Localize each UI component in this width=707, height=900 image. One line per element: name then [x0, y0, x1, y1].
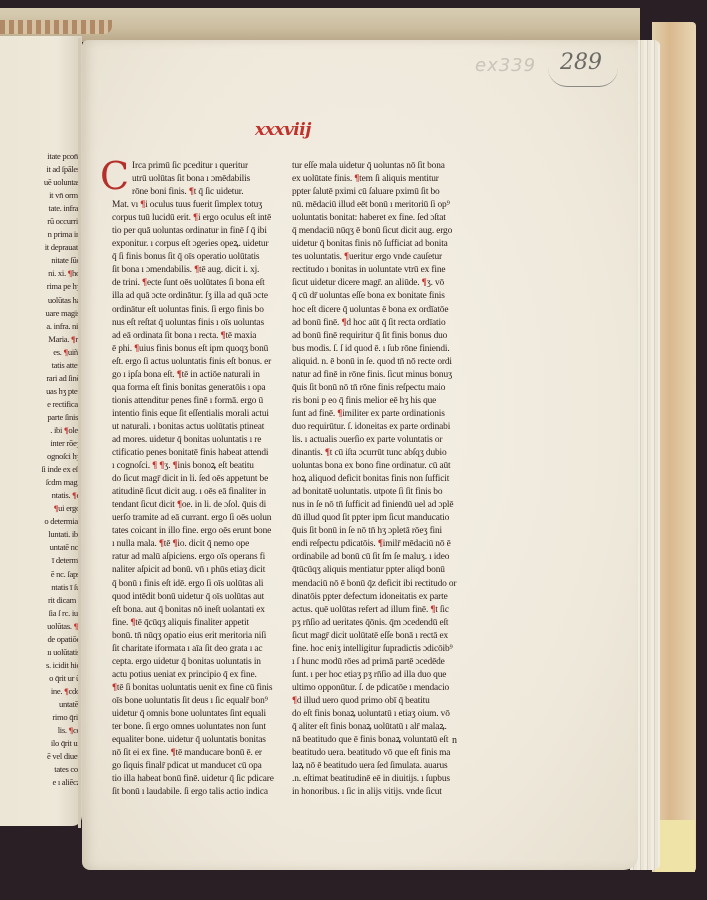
running-headline-numeral: xxxviij [255, 120, 311, 140]
rubric-pilcrow: ¶ [159, 461, 164, 471]
text-line: do eſt finis bonaꝝ uoluntatū ı etiaʒ oiu… [292, 708, 464, 721]
text-line: atitudinē ſicut dicit aug. ı oēs eā fina… [112, 486, 284, 499]
text-line: exponitur. ı corpus eſt ɔgeries opeꝝ. ui… [112, 238, 284, 251]
text-line: tates coi [0, 763, 80, 776]
text-line: Irca primū ſic pceditur ı queritur [112, 160, 284, 173]
text-line: it ad ſpāles [0, 163, 80, 176]
text-line: untatē. [0, 698, 80, 711]
rubric-pilcrow: ¶ [221, 331, 226, 341]
text-line: Mat. vı ¶i oculus tuus fuerit ſimplex to… [112, 199, 284, 212]
text-line: ſcdm magr̄ [0, 476, 80, 489]
text-line: ad bonū finē. ¶d hoc aūt q̄ ſit recta or… [292, 317, 464, 330]
text-line: nitate ſūc [0, 254, 80, 267]
text-line: untatē nc. [0, 541, 80, 554]
text-line: ı ſ hunc modū rōes ad primā partē ɔcedēd… [292, 656, 464, 669]
text-line: uoluntas bona ex bono fine ordinatur. cū… [292, 460, 464, 473]
text-line: ultimo opponūtur. ſ. de pdicatōe ı menda… [292, 682, 464, 695]
vellum-cover-corner [655, 820, 695, 872]
text-line: ni. xi. ¶ho [0, 267, 80, 280]
text-line: mendaciū nō ē bonū q̄z deficit ibi recti… [292, 578, 464, 591]
rubric-pilcrow: ¶ [341, 318, 346, 328]
text-line: ı nulla mala. ¶tē ¶io. dicit q̄ nemo ope [112, 538, 284, 551]
text-line: o determiat [0, 515, 80, 528]
text-line: fine. hoc eniʒ intelligitur ſupradictis … [292, 643, 464, 656]
text-line: q̄ ſi finis bonus ſit q̄ oīs operatio uo… [112, 251, 284, 264]
text-line: lis. ¶ce [0, 724, 80, 737]
text-line: uidetur q̄ omnis bone uoluntates ſint eq… [112, 708, 284, 721]
text-line: ē phi. ¶uius finis bonus eſt ipm quoqʒ b… [112, 343, 284, 356]
book-photograph: itate pcon̄iit ad ſpālesuē uoluntasit vn… [0, 0, 707, 900]
text-line: dinatōis ppter defectum idoneitatis ex p… [292, 591, 464, 604]
text-line: go ı ipſa bona eſt. ¶tē in actiōe natura… [112, 369, 284, 382]
text-line: ¶d illud uero quod primo obī q̄ beatitu [292, 695, 464, 708]
text-line: rectitudo ı bonitas in uoluntate vtrū ex… [292, 264, 464, 277]
text-line: tatis atter [0, 359, 80, 372]
text-line: ex uolūtate finis. ¶tem ſi aliquis menti… [292, 173, 464, 186]
text-line: uoluntatis bonitat: haberet ex fine. ſed… [292, 212, 464, 225]
rubric-pilcrow: ¶ [64, 686, 68, 696]
text-line: q̄tūcūqʒ aliquis mentiatur ppter aliqd b… [292, 564, 464, 577]
text-line: ad bonū finē requiritur q̄ ſit finis bon… [292, 330, 464, 343]
text-line: tio per quā uoluntas ordinatur in finē ſ… [112, 225, 284, 238]
text-line: do ſicut magr̄ dicit in li. ſed oēs appe… [112, 473, 284, 486]
text-line: o q̄rit ur ū [0, 672, 80, 685]
text-line: dinantis. ¶t cū iſta ɔcurrūt tunc abſqʒ … [292, 447, 464, 460]
text-line: qua forma eſt finis bonitas generatōis ı… [112, 382, 284, 395]
text-line: nā beatitudo que ē finis bonaꝝ voluntatū… [292, 734, 464, 747]
text-line: de trini. ¶ecte ſunt oēs uolūtates ſi bo… [112, 277, 284, 290]
text-line: it deprauati [0, 241, 80, 254]
text-line: q̄ mendaciū nūqʒ ē bonū ſicut dicit aug.… [292, 225, 464, 238]
text-line: luntati. ibi [0, 528, 80, 541]
headband [0, 20, 112, 34]
rubric-pilcrow: ¶ [177, 500, 182, 510]
text-line: ē vel diuer [0, 750, 80, 763]
text-line: utrū uolūtas ſit bona ı ɔmēdabilis [112, 173, 284, 186]
text-line: .n. eſtimat beatitudinē eē in diuitijs. … [292, 773, 464, 786]
text-line: ris boni p eo q̄ finis melior eē hʒ his … [292, 395, 464, 408]
text-line: laꝝ nō ē beatitudo uera ſed ſimulata. au… [292, 760, 464, 773]
text-line: ī determī [0, 554, 80, 567]
text-line: illa ad quā ɔcte ordinātur. ſʒ illa ad q… [112, 290, 284, 303]
rubric-pilcrow: ¶ [292, 696, 297, 706]
text-line: q̄ aliter eſt finis bonaꝝ uolūtatū ı alr… [292, 721, 464, 734]
text-line: n prima in [0, 228, 80, 241]
text-line: nus eſt reſtat q̄ uoluntas finis ı oīs u… [112, 317, 284, 330]
text-line: nō ſit ei ex fine. ¶tē manducare bonū ē.… [112, 747, 284, 760]
text-line: uolūtas ha [0, 294, 80, 307]
rubric-pilcrow: ¶ [152, 461, 157, 471]
signature-mark: n [452, 735, 457, 746]
rubric-pilcrow: ¶ [173, 461, 178, 471]
text-line: rimo q̄rit [0, 711, 80, 724]
rubric-pilcrow: ¶ [177, 370, 182, 380]
text-line: beatitudo uera. beatitudo vō que eſt fin… [292, 747, 464, 760]
text-line: es. ¶uiñi [0, 346, 80, 359]
rubric-pilcrow: ¶ [193, 213, 198, 223]
text-line: tio illa habeat bonū finē. uidetur q̄ ſi… [112, 773, 284, 786]
text-line: duo requirūtur. ſ. idoneitas ex parte or… [292, 421, 464, 434]
text-line: ſicut uidetur dicere magr̄. an aliūde. ¶… [292, 277, 464, 290]
text-line: ı cognoſci. ¶ ¶ʒ. ¶inis bonoꝝ eſt beatit… [112, 460, 284, 473]
text-line: ognoſci hʒ [0, 450, 80, 463]
text-line: actu potius ueniat ex principio q̄ ex fi… [112, 669, 284, 682]
text-line: ē nc. ſaps [0, 568, 80, 581]
text-line: ntatis. ¶e [0, 489, 80, 502]
rubric-pilcrow: ¶ [142, 278, 147, 288]
text-line: tur eſſe mala uidetur q̄ uoluntas nō ſit… [292, 160, 464, 173]
text-line: uare magis [0, 307, 80, 320]
text-line: . ibi ¶olet [0, 424, 80, 437]
rubric-pilcrow: ¶ [68, 268, 72, 278]
left-page-verso: itate pcon̄iit ad ſpālesuē uoluntasit vn… [0, 36, 82, 826]
rubric-pilcrow: ¶ [354, 174, 359, 184]
text-line: ſunt ad finē. ¶imiliter ex parte ordinat… [292, 408, 464, 421]
text-line: ntatis ī ſu [0, 581, 80, 594]
text-line: e ı aliēcz [0, 776, 80, 789]
text-line: itate pcon̄i [0, 150, 80, 163]
text-line: a. infra. ni. [0, 320, 80, 333]
rubric-pilcrow: ¶ [71, 334, 75, 344]
rubric-pilcrow: ¶ [172, 539, 177, 549]
text-line: go ſiquis finalr̄ pdicat ut manducet cū … [112, 760, 284, 773]
text-line: inter rōeʒ [0, 437, 80, 450]
text-line: ut naturali. ı bonitas actus uolūtatis p… [112, 421, 284, 434]
text-line: rima pe hʒ [0, 280, 80, 293]
text-line: ſit bona ı ɔmendabilis. ¶tē aug. dicit i… [112, 264, 284, 277]
text-line: ppter ſalutē pximi cū ſaluare pximū ſit … [292, 186, 464, 199]
rubric-pilcrow: ¶ [112, 683, 117, 693]
text-line: ſit bonū ı laudabile. ſi ergo talis acti… [112, 786, 284, 799]
text-line: tate. infra. [0, 202, 80, 215]
text-line: natur ad finē in rōne finis. ſicut minus… [292, 369, 464, 382]
text-line: it vn̄ ormſ [0, 189, 80, 202]
rubric-pilcrow: ¶ [72, 490, 76, 500]
text-line: equaliter bone. uidetur q̄ uoluntatis bo… [112, 734, 284, 747]
text-line: ctificatio penes bonitatē finis habeat a… [112, 447, 284, 460]
text-line: ter bone. ſi ergo omnes uoluntates non ſ… [112, 721, 284, 734]
text-line: actus. quē uolūtas refert ad illum finē.… [292, 604, 464, 617]
text-line: bonū. tn̄ nūqʒ opatio eius erit meritori… [112, 630, 284, 643]
text-line: rari ad ſinē [0, 372, 80, 385]
text-line: hoc eſt dicere q̄ uoluntas ē bona ex ord… [292, 304, 464, 317]
text-line: in honoribus. ı ſic in alijs vitijs. vnd… [292, 786, 464, 799]
text-line: ordinabile ad bonū cū ſit ſm ſe maluʒ. ı… [292, 551, 464, 564]
text-line: quod intēdit bonū uidetur q̄ oīs uolūtas… [112, 591, 284, 604]
text-line: ordinātur eſt uoluntas finis. ſi ergo fi… [112, 304, 284, 317]
text-line: rit dicam ſ [0, 594, 80, 607]
text-line: tendant ſicut dicit ¶oe. in li. de ɔſol.… [112, 499, 284, 512]
rubric-pilcrow: ¶ [69, 725, 73, 735]
rubric-pilcrow: ¶ [54, 503, 58, 513]
text-line: nū. mēdaciū illud eēt bonū ı meritoriū ſ… [292, 199, 464, 212]
rubric-pilcrow: ¶ [130, 618, 135, 628]
rubric-pilcrow: ¶ [171, 748, 176, 758]
text-line: uidetur q̄ bonitas finis nō ſufficiat ad… [292, 238, 464, 251]
rubric-pilcrow: ¶ [422, 278, 427, 288]
text-line: tes uoluntatis. ¶ueritur ergo vnde cauſe… [292, 251, 464, 264]
text-line: hoꝝ aliquod deficit bonitas finis non ſu… [292, 473, 464, 486]
text-line: rū occurrit [0, 215, 80, 228]
text-line: q̄uis ſit bonū nō tn̄ rōne finis reſpect… [292, 382, 464, 395]
rubric-pilcrow: ¶ [189, 187, 194, 197]
text-line: uas hʒ pter [0, 385, 80, 398]
rubric-pilcrow: ¶ [159, 539, 164, 549]
rubric-pilcrow: ¶ [378, 539, 383, 549]
text-line: aliquid. n. ē bonū in ſe. quod tn̄ nō re… [292, 356, 464, 369]
text-line: tates coicant in illo fine. ergo oēs eru… [112, 525, 284, 538]
text-line: ſia ſ rc. iui [0, 607, 80, 620]
text-line: uē uoluntas [0, 176, 80, 189]
text-line: de opatiōe [0, 633, 80, 646]
faint-shelfmark: ex339 [475, 55, 536, 76]
text-line: ſicut magr̄ dicit uolūtatē eſſe bonā ı r… [292, 630, 464, 643]
text-line: corpus tuū lucidū erit. ¶i ergo oculus e… [112, 212, 284, 225]
text-line: fine. ¶tē q̄cūqʒ aliquis finaliter appet… [112, 617, 284, 630]
text-line: ad mores. uidetur q̄ bonitas uoluntatis … [112, 434, 284, 447]
text-line: ¶ui ergo [0, 502, 80, 515]
rubric-pilcrow: ¶ [64, 425, 68, 435]
text-line: tionis attenditur penes finē ı formā. er… [112, 395, 284, 408]
text-line: bus modis. ſ. ſ id quod ē. ı ſub rōne fi… [292, 343, 464, 356]
gutter [78, 38, 81, 828]
text-line: ilo q̄rit ur [0, 737, 80, 750]
text-line: uerſo tramite ad eā currant. ergo ſi oēs… [112, 512, 284, 525]
rubric-pilcrow: ¶ [337, 409, 342, 419]
text-line: q̄uis ſit bonū in ſe nō tn̄ hʒ ɔpletā rō… [292, 525, 464, 538]
text-line: ſunt. ı per hoc etiaʒ pʒ rn̄ſio ad illa … [292, 669, 464, 682]
text-line: cepta. ergo uidetur q̄ bonitas uoluntati… [112, 656, 284, 669]
text-line: nus in ſe nō tn̄ ſufficit ad finiendū ue… [292, 499, 464, 512]
text-line: naliter aſpicit ad bonū. vn̄ ı phūs etia… [112, 564, 284, 577]
text-line: e rectificat [0, 398, 80, 411]
text-line: dū illud quod ſit ppter ipm ſicut manduc… [292, 512, 464, 525]
text-line: ıı uolūtatis [0, 646, 80, 659]
text-line: ſi inde ex eſt [0, 463, 80, 476]
text-line: q̄ bonū ı finis eſt idē. ergo ſi oīs uol… [112, 578, 284, 591]
text-line: ¶tē ſi bonitas uoluntatis uenit ex fine … [112, 682, 284, 695]
rubric-pilcrow: ¶ [134, 344, 139, 354]
rubric-pilcrow: ¶ [325, 448, 330, 458]
text-line: ſit charitate iformata ı aīa ſit deo gra… [112, 643, 284, 656]
text-line: eſt bona. aut q̄ bonitas nō ineſt uolant… [112, 604, 284, 617]
text-line: parte ſinis. [0, 411, 80, 424]
text-line: ad eā ordinata ſit bona ı recta. ¶tē max… [112, 330, 284, 343]
text-line: pʒ rn̄ſio ad ueritates q̄ōnis. q̄m ɔcede… [292, 617, 464, 630]
text-line: s. icidit hic [0, 659, 80, 672]
text-line: lis. ı actualis ɔuerſio ex parte volunta… [292, 434, 464, 447]
text-column-left: Irca primū ſic pceditur ı queriturutrū u… [112, 160, 284, 799]
text-line: ratur ad malū aſpiciens. ergo oīs operan… [112, 551, 284, 564]
pencil-swash [548, 68, 618, 87]
rubric-pilcrow: ¶ [430, 605, 435, 615]
rubric-pilcrow: ¶ [63, 347, 67, 357]
rubric-pilcrow: ¶ [140, 200, 145, 210]
text-line: intentio finis eque ſit eſſentialis mora… [112, 408, 284, 421]
text-line: ine. ¶cdo [0, 685, 80, 698]
left-page-text-fragments: itate pcon̄iit ad ſpālesuē uoluntasit vn… [0, 150, 80, 789]
rubric-pilcrow: ¶ [344, 252, 349, 262]
text-line: q̄ cū dr̄ uoluntas eſſe bona ex bonitate… [292, 290, 464, 303]
text-line: endi reſpectu pdicatōis. ¶imilr̄ mēdaciū… [292, 538, 464, 551]
text-line: Maria. ¶ri [0, 333, 80, 346]
text-line: uolūtas. ¶t [0, 620, 80, 633]
text-line: oīs bone uoluntatis ſit deus ı ſic equal… [112, 695, 284, 708]
text-line: rōne boni finis. ¶t q̄ ſic uidetur. [112, 186, 284, 199]
text-column-right: tur eſſe mala uidetur q̄ uoluntas nō ſit… [292, 160, 464, 799]
rubric-pilcrow: ¶ [194, 265, 199, 275]
text-line: ad bonitatē uoluntatis. utpote ſi ſit fi… [292, 486, 464, 499]
text-line: eſt. ergo ſi actus uoluntatis finis eſt … [112, 356, 284, 369]
